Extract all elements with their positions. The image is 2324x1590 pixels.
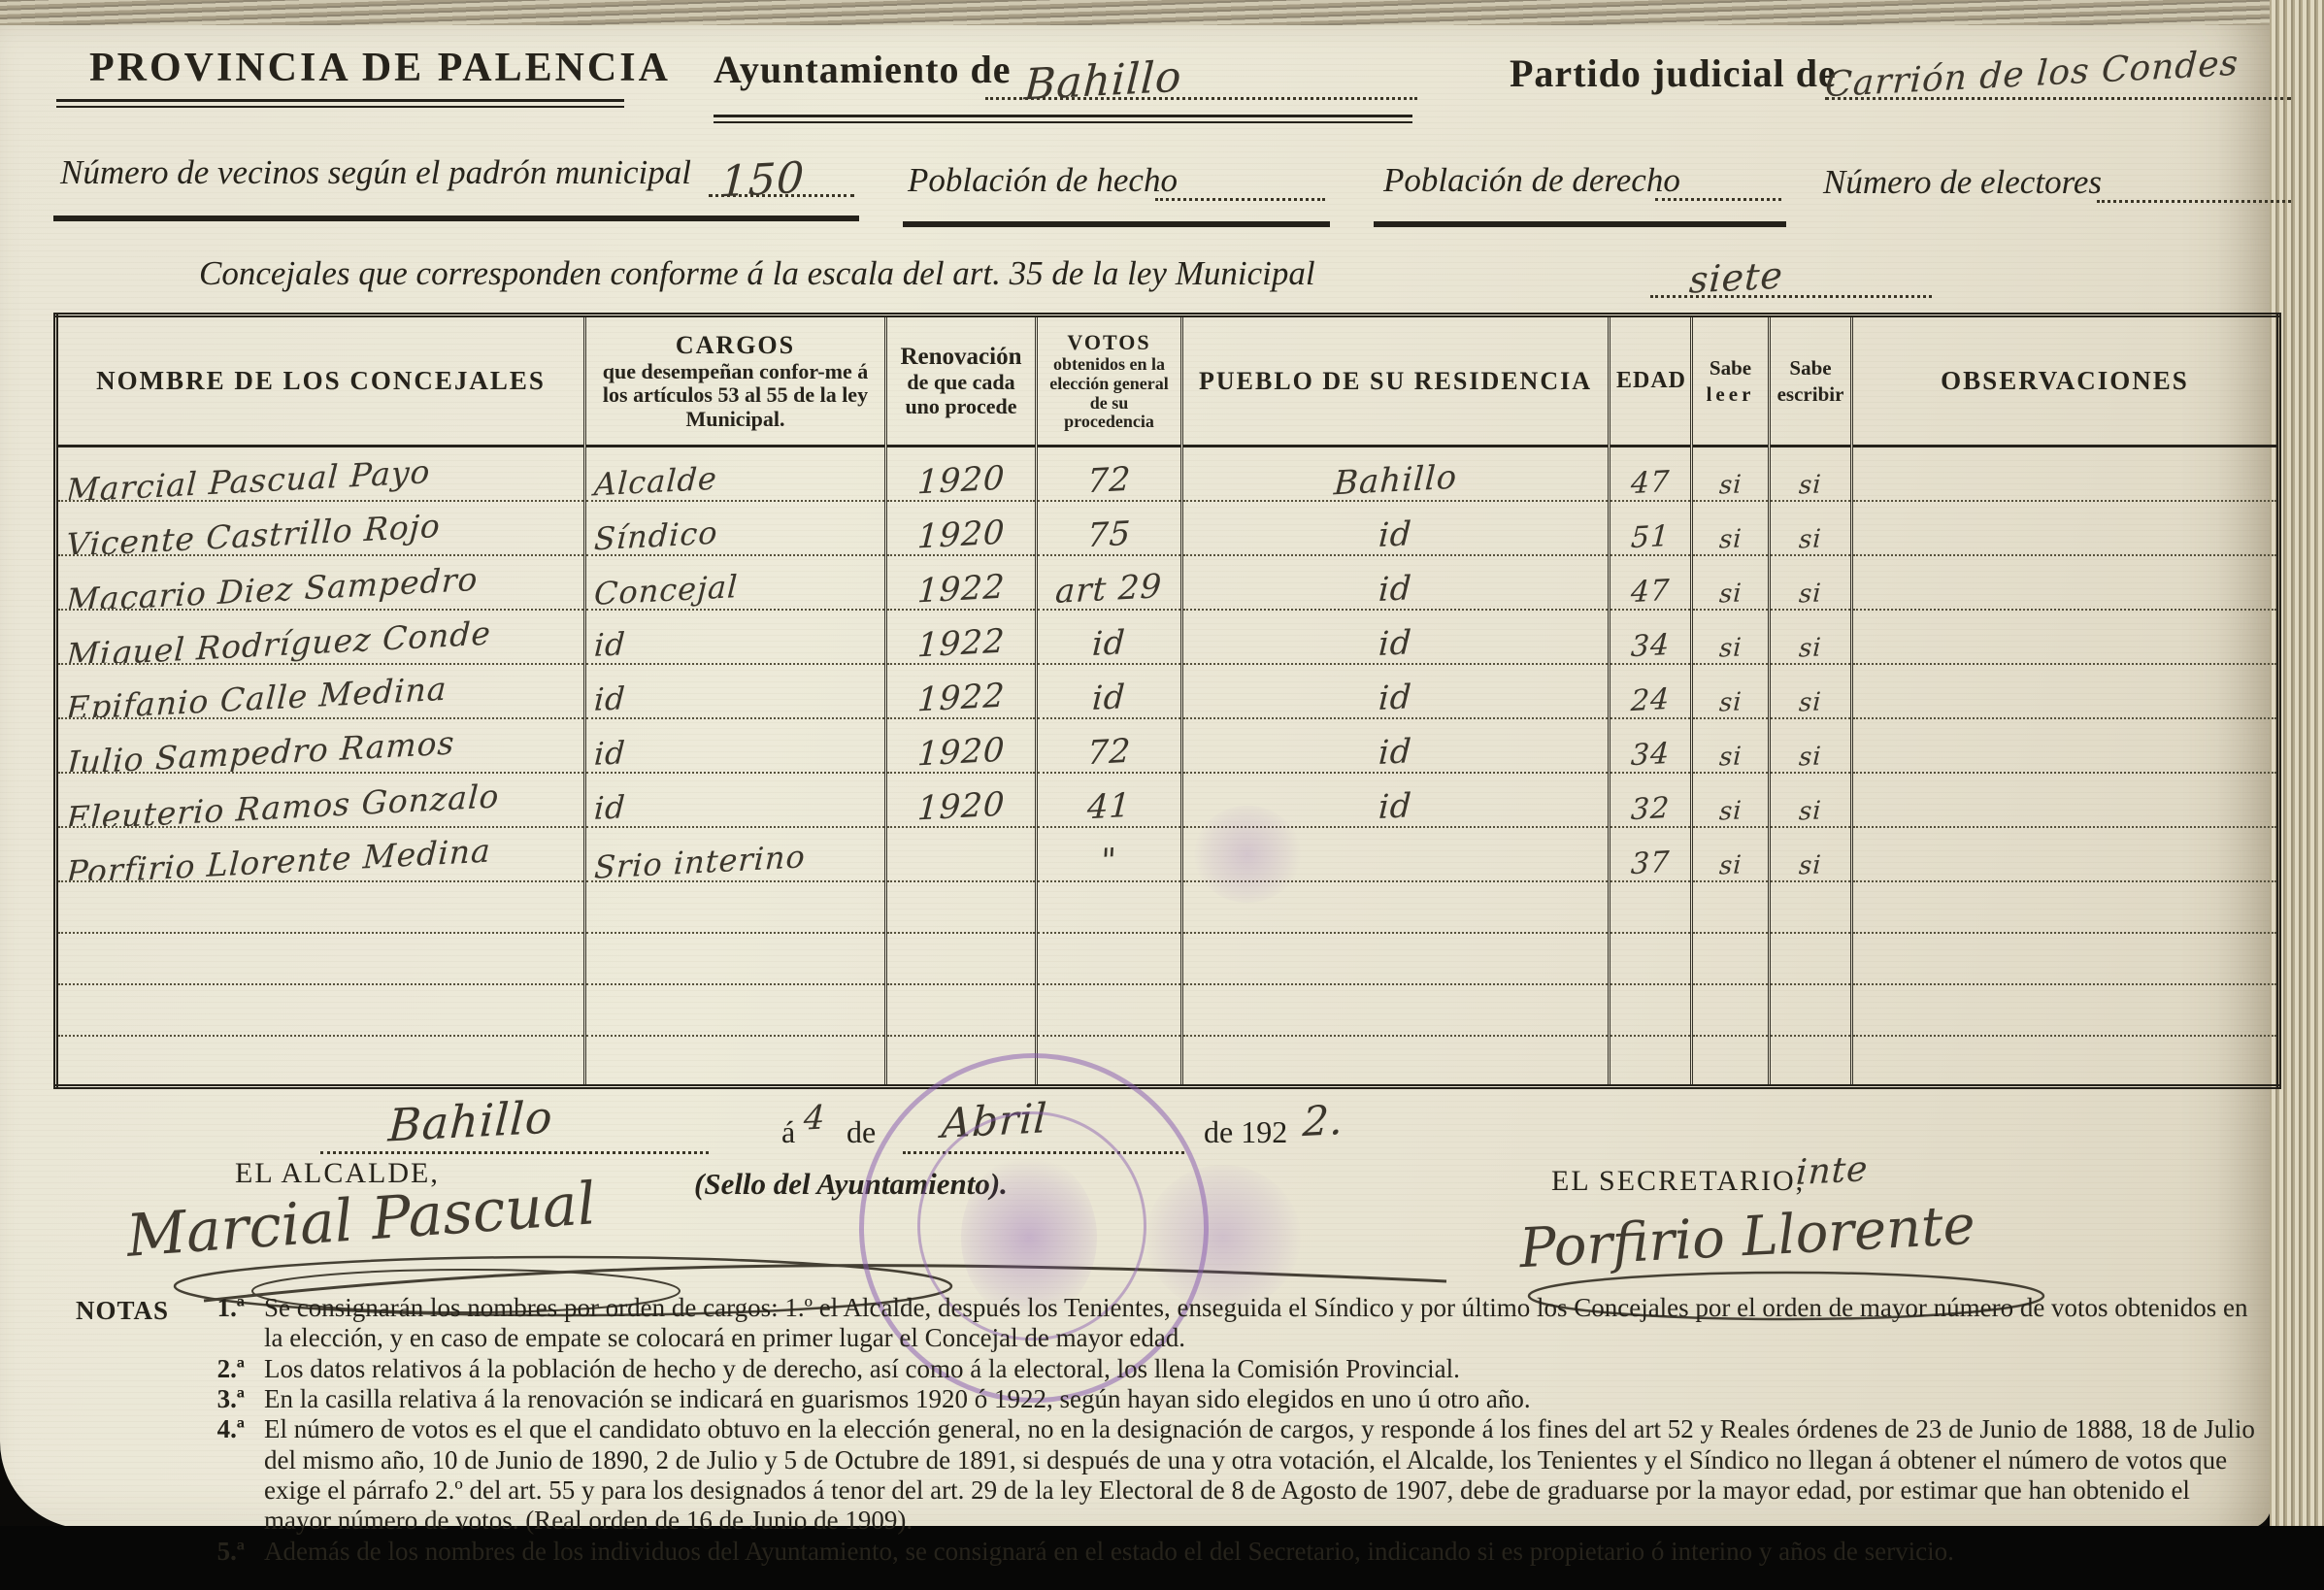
concejal-votos: 72 [1086, 459, 1132, 500]
concejal-sabe-escribir: si [1798, 524, 1822, 554]
concejal-nombre: Marcial Pascual Payo [65, 452, 431, 501]
concejal-row: Epifanio Calle Medina id 1922 id id 24 s… [56, 664, 2279, 718]
concejal-votos: " [1100, 841, 1118, 880]
electores-label: Número de electores [1823, 163, 2102, 202]
concejal-row: Julio Sampedro Ramos id 1920 72 id 34 si… [56, 718, 2279, 773]
concejal-renovacion: 1922 [916, 621, 1007, 663]
concejal-pueblo: id [1378, 569, 1413, 610]
ayuntamiento-fill-line: Bahillo [985, 56, 1417, 100]
concejal-sabe-leer: si [1718, 470, 1743, 500]
concejal-renovacion: 1920 [916, 513, 1007, 554]
concejales-table: NOMBRE DE LOS CONCEJALES CARGOS que dese… [53, 313, 2281, 1089]
concejal-edad: 32 [1630, 790, 1671, 826]
concejal-nombre: Vicente Castrillo Rojo [65, 506, 442, 554]
secretario-note-handwritten: inte [1795, 1149, 1870, 1193]
hecho-label: Población de hecho [908, 161, 1178, 200]
nota-item: 3.ª En la casilla relativa á la renovaci… [175, 1384, 2262, 1414]
col-header-sabe-escribir: Sabe escribir [1770, 315, 1852, 447]
concejal-cargo: Concejal [593, 568, 739, 610]
secretario-label: EL SECRETARIO, [1551, 1165, 1805, 1198]
rule-under-derecho [1374, 221, 1786, 227]
concejales-tbody: Marcial Pascual Payo Alcalde 1920 72 Bah… [56, 447, 2279, 1087]
rule-under-province [56, 99, 624, 108]
concejal-sabe-leer: si [1718, 796, 1743, 826]
concejal-sabe-leer: si [1718, 524, 1743, 554]
vecinos-label: Número de vecinos según el padrón munici… [60, 153, 691, 192]
concejal-pueblo: id [1378, 786, 1413, 827]
vecinos-handwritten: 150 [719, 153, 807, 208]
concejal-nombre: Epifanio Calle Medina [65, 669, 448, 717]
concejal-sabe-leer: si [1718, 633, 1743, 663]
nota-text: El número de votos es el que el candidat… [264, 1414, 2262, 1536]
nota-number: 3.ª [175, 1384, 245, 1414]
concejal-row: Eleuterio Ramos Gonzalo id 1920 41 id 32… [56, 773, 2279, 827]
concejal-cargo: id [593, 625, 627, 664]
stamp-side-smudge [1145, 1165, 1301, 1310]
concejal-sabe-leer: si [1718, 742, 1743, 772]
col-header-renovacion: Renovación de que cada uno procede [886, 315, 1037, 447]
concejal-renovacion: 1920 [916, 458, 1007, 500]
concejal-edad: 37 [1630, 845, 1671, 880]
concejal-row: Porfirio Llorente Medina Srio interino "… [56, 827, 2279, 881]
concejal-pueblo: id [1378, 623, 1413, 664]
col-header-pueblo: PUEBLO DE SU RESIDENCIA [1182, 315, 1610, 447]
nota-text: Los datos relativos á la población de he… [264, 1354, 2262, 1384]
notas-label: NOTAS [76, 1296, 169, 1326]
concejal-sabe-escribir: si [1798, 742, 1822, 772]
concejal-sabe-escribir: si [1798, 796, 1822, 826]
concejal-nombre: Porfirio Llorente Medina [65, 831, 492, 881]
rule-under-vecinos [53, 215, 859, 221]
concejal-cargo: Alcalde [593, 459, 718, 500]
concejal-sabe-leer: si [1718, 687, 1743, 717]
ayuntamiento-handwritten: Bahillo [1023, 52, 1183, 111]
col-header-edad: EDAD [1610, 315, 1692, 447]
concejal-renovacion: 1922 [916, 567, 1007, 609]
concejal-row: Marcial Pascual Payo Alcalde 1920 72 Bah… [56, 447, 2279, 501]
nota-text: Se consignarán los nombres por orden de … [264, 1293, 2262, 1354]
concejal-edad: 51 [1630, 518, 1671, 554]
de-year-label: de 192 [1204, 1114, 1287, 1150]
concejal-votos: 75 [1086, 513, 1132, 554]
concejal-edad: 24 [1630, 681, 1671, 717]
escala-label: Concejales que corresponden conforme á l… [199, 254, 1315, 293]
nota-item: 1.ª Se consignarán los nombres por orden… [175, 1293, 2262, 1354]
electores-fill-line [2097, 165, 2291, 203]
place-handwritten: Bahillo [387, 1090, 554, 1151]
concejal-pueblo: id [1378, 678, 1413, 718]
col-header-cargos: CARGOS que desempeñan confor-me á los ar… [585, 315, 886, 447]
book-top-edge [0, 0, 2324, 25]
rule-under-ayuntamiento [714, 115, 1412, 123]
concejal-sabe-escribir: si [1798, 579, 1822, 609]
concejal-nombre: Macario Diez Sampedro [65, 559, 479, 609]
year-handwritten: 2. [1302, 1096, 1345, 1145]
province-title: PROVINCIA DE PALENCIA [89, 45, 671, 91]
concejal-cargo: Srio interino [593, 838, 807, 881]
nota-item: 4.ª El número de votos es el que el cand… [175, 1414, 2262, 1536]
escala-handwritten: siete [1688, 253, 1784, 301]
concejal-cargo: id [593, 679, 627, 718]
concejal-nombre: Eleuterio Ramos Gonzalo [65, 777, 500, 827]
escala-fill-line: siete [1650, 256, 1932, 298]
concejal-cargo: id [593, 734, 627, 773]
concejal-pueblo: Bahillo [1333, 457, 1458, 500]
partido-label: Partido judicial de [1510, 50, 1837, 96]
nota-text: En la casilla relativa á la renovación s… [264, 1384, 2262, 1414]
ink-smudge [1194, 806, 1301, 903]
nota-number: 4.ª [175, 1414, 245, 1536]
concejal-sabe-escribir: si [1798, 633, 1822, 663]
concejal-renovacion: 1920 [916, 730, 1007, 772]
concejal-row: Vicente Castrillo Rojo Síndico 1920 75 i… [56, 501, 2279, 555]
concejal-edad: 47 [1630, 573, 1671, 609]
concejal-nombre: Julio Sampedro Ramos [65, 723, 455, 773]
rule-under-hecho [903, 221, 1330, 227]
concejal-votos: art 29 [1054, 567, 1163, 610]
concejal-cargo: id [593, 788, 627, 827]
concejal-renovacion: 1920 [916, 784, 1007, 826]
scanned-document-page: PROVINCIA DE PALENCIA Ayuntamiento de Ba… [0, 0, 2324, 1590]
nota-number: 5.ª [175, 1537, 245, 1567]
concejal-edad: 34 [1630, 736, 1671, 772]
empty-row [56, 933, 2279, 984]
concejal-cargo: Síndico [593, 513, 718, 554]
nota-text: Además de los nombres de los individuos … [264, 1537, 2262, 1567]
concejal-sabe-escribir: si [1798, 470, 1822, 500]
concejal-pueblo: id [1378, 514, 1413, 555]
table-header-row: NOMBRE DE LOS CONCEJALES CARGOS que dese… [56, 315, 2279, 447]
concejal-sabe-leer: si [1718, 579, 1743, 609]
empty-row [56, 1036, 2279, 1087]
col-header-sabe-leer: Sabe leer [1692, 315, 1770, 447]
empty-row [56, 881, 2279, 933]
partido-fill-line: Carrión de los Condes [1825, 54, 2291, 100]
concejal-votos: id [1091, 678, 1127, 718]
concejal-nombre: Miguel Rodríguez Conde [65, 613, 492, 664]
col-header-observaciones: OBSERVACIONES [1852, 315, 2279, 447]
concejal-sabe-escribir: si [1798, 687, 1822, 717]
a-label: á [781, 1114, 795, 1150]
concejal-pueblo: id [1378, 732, 1413, 773]
place-fill-line: Bahillo [320, 1095, 709, 1154]
de-label: de [847, 1114, 876, 1150]
col-header-nombre: NOMBRE DE LOS CONCEJALES [56, 315, 585, 447]
concejal-edad: 47 [1630, 464, 1671, 500]
concejal-edad: 34 [1630, 627, 1671, 663]
derecho-fill-line [1655, 163, 1781, 201]
col-header-votos: VOTOS obtenidos en la elección general d… [1037, 315, 1182, 447]
concejal-votos: 41 [1086, 785, 1132, 826]
nota-number: 1.ª [175, 1293, 245, 1354]
derecho-label: Población de derecho [1383, 161, 1680, 200]
concejal-sabe-escribir: si [1798, 850, 1822, 880]
day-handwritten: 4 [803, 1098, 827, 1138]
concejal-votos: id [1091, 623, 1127, 664]
concejal-row: Macario Diez Sampedro Concejal 1922 art … [56, 555, 2279, 610]
nota-item: 5.ª Además de los nombres de los individ… [175, 1537, 2262, 1567]
ayuntamiento-label: Ayuntamiento de [714, 47, 1011, 92]
vecinos-fill-line: 150 [709, 155, 854, 197]
nota-item: 2.ª Los datos relativos á la población d… [175, 1354, 2262, 1384]
empty-row [56, 984, 2279, 1036]
concejal-renovacion: 1922 [916, 676, 1007, 717]
hecho-fill-line [1155, 163, 1325, 201]
concejal-row: Miguel Rodríguez Conde id 1922 id id 34 … [56, 610, 2279, 664]
notas-list: 1.ª Se consignarán los nombres por orden… [175, 1293, 2262, 1567]
concejal-votos: 72 [1086, 731, 1132, 772]
concejal-sabe-leer: si [1718, 850, 1743, 880]
nota-number: 2.ª [175, 1354, 245, 1384]
